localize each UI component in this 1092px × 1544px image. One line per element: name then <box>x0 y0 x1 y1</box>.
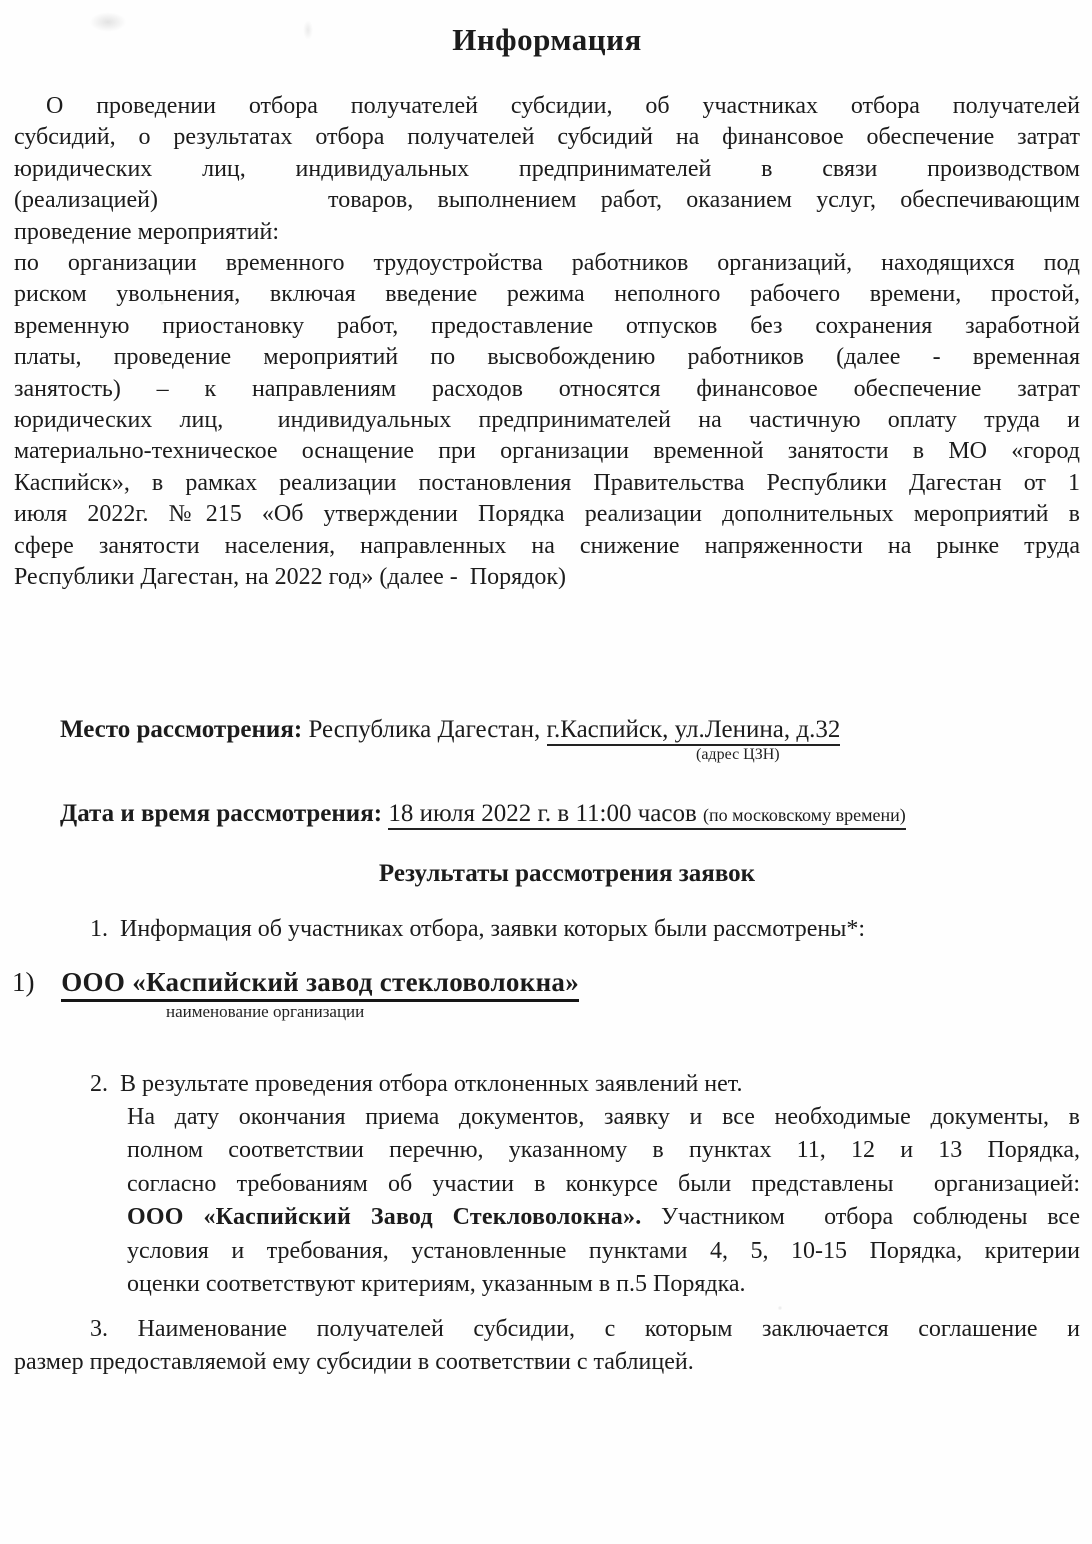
date-value-underlined: 18 июля 2022 г. в 11:00 часов (по москов… <box>388 800 905 830</box>
results-item-1: 1. Информация об участниках отбора, заяв… <box>90 916 1080 943</box>
date-of-review-row: Дата и время рассмотрения: 18 июля 2022 … <box>60 800 1080 828</box>
text-line: платы, проведение мероприятий по высвобо… <box>14 342 1080 373</box>
org-name-bold-inline: ООО «Каспийский Завод Стекловолокна». <box>127 1204 641 1230</box>
intro-paragraph: О проведении отбора получателей субсидии… <box>14 91 1080 594</box>
text-line: субсидий, о результатах отбора получател… <box>14 122 1080 153</box>
document-title: Информация <box>14 22 1080 58</box>
date-label: Дата и время рассмотрения: <box>60 800 382 827</box>
place-value-underlined: г.Каспийск, ул.Ленина, д.32 <box>547 716 841 746</box>
text-line: Каспийск», в рамках реализации постановл… <box>14 468 1080 499</box>
text-line: материально-техническое оснащение при ор… <box>14 436 1080 467</box>
text-line: 2. В результате проведения отбора отклон… <box>90 1068 1080 1101</box>
text-line: Республики Дагестан, на 2022 год» (далее… <box>14 562 1080 593</box>
text-line: занятость) – к направлениям расходов отн… <box>14 374 1080 405</box>
text-line: риском увольнения, включая введение режи… <box>14 279 1080 310</box>
organization-number: 1) <box>12 967 35 998</box>
text-line: сфере занятости населения, направленных … <box>14 531 1080 562</box>
text-line: полном соответствии перечню, указанному … <box>127 1134 1080 1167</box>
organization-row: 1) ООО «Каспийский завод стекловолокна» <box>14 967 1080 998</box>
text-line: юридических лиц, индивидуальных предприн… <box>14 405 1080 436</box>
place-label: Место рассмотрения: <box>60 716 302 743</box>
organization-name: ООО «Каспийский завод стекловолокна» <box>61 967 579 1002</box>
text-line: 3. Наименование получателей субсидии, с … <box>14 1313 1080 1346</box>
text-line: условия и требования, установленные пунк… <box>127 1235 1080 1268</box>
place-note: (адрес ЦЗН) <box>696 746 1080 764</box>
results-heading: Результаты рассмотрения заявок <box>14 860 1080 888</box>
date-note: (по московскому времени) <box>703 805 906 825</box>
text-line: по организации временного трудоустройств… <box>14 248 1080 279</box>
text-line: проведение мероприятий: <box>14 217 1080 248</box>
text-line: июля 2022г. №215 «Об утверждении Порядка… <box>14 499 1080 530</box>
text-line: размер предоставляемой ему субсидии в со… <box>14 1346 1080 1379</box>
place-value-plain: Республика Дагестан, <box>308 716 540 743</box>
text-line: юридических лиц, индивидуальных предприн… <box>14 154 1080 185</box>
text-line: На дату окончания приема документов, зая… <box>127 1101 1080 1134</box>
text-line: оценки соответствуют критериям, указанны… <box>127 1268 1080 1301</box>
text-line: согласно требованиям об участии в конкур… <box>127 1168 1080 1201</box>
place-of-review-row: Место рассмотрения: Республика Дагестан,… <box>60 716 1080 744</box>
organization-caption: наименование организации <box>166 1002 1080 1022</box>
text-line: временную приостановку работ, предоставл… <box>14 311 1080 342</box>
results-item-3: 3. Наименование получателей субсидии, с … <box>14 1313 1080 1379</box>
results-item-2: 2. В результате проведения отбора отклон… <box>127 1068 1080 1302</box>
text-line: ООО «Каспийский Завод Стекловолокна». Уч… <box>127 1201 1080 1234</box>
text-line: О проведении отбора получателей субсидии… <box>14 91 1080 122</box>
document-page: Информация О проведении отбора получател… <box>0 0 1092 1544</box>
date-value: 18 июля 2022 г. в 11:00 часов <box>388 800 696 827</box>
text-line: (реализацией) товаров, выполнением работ… <box>14 185 1080 216</box>
